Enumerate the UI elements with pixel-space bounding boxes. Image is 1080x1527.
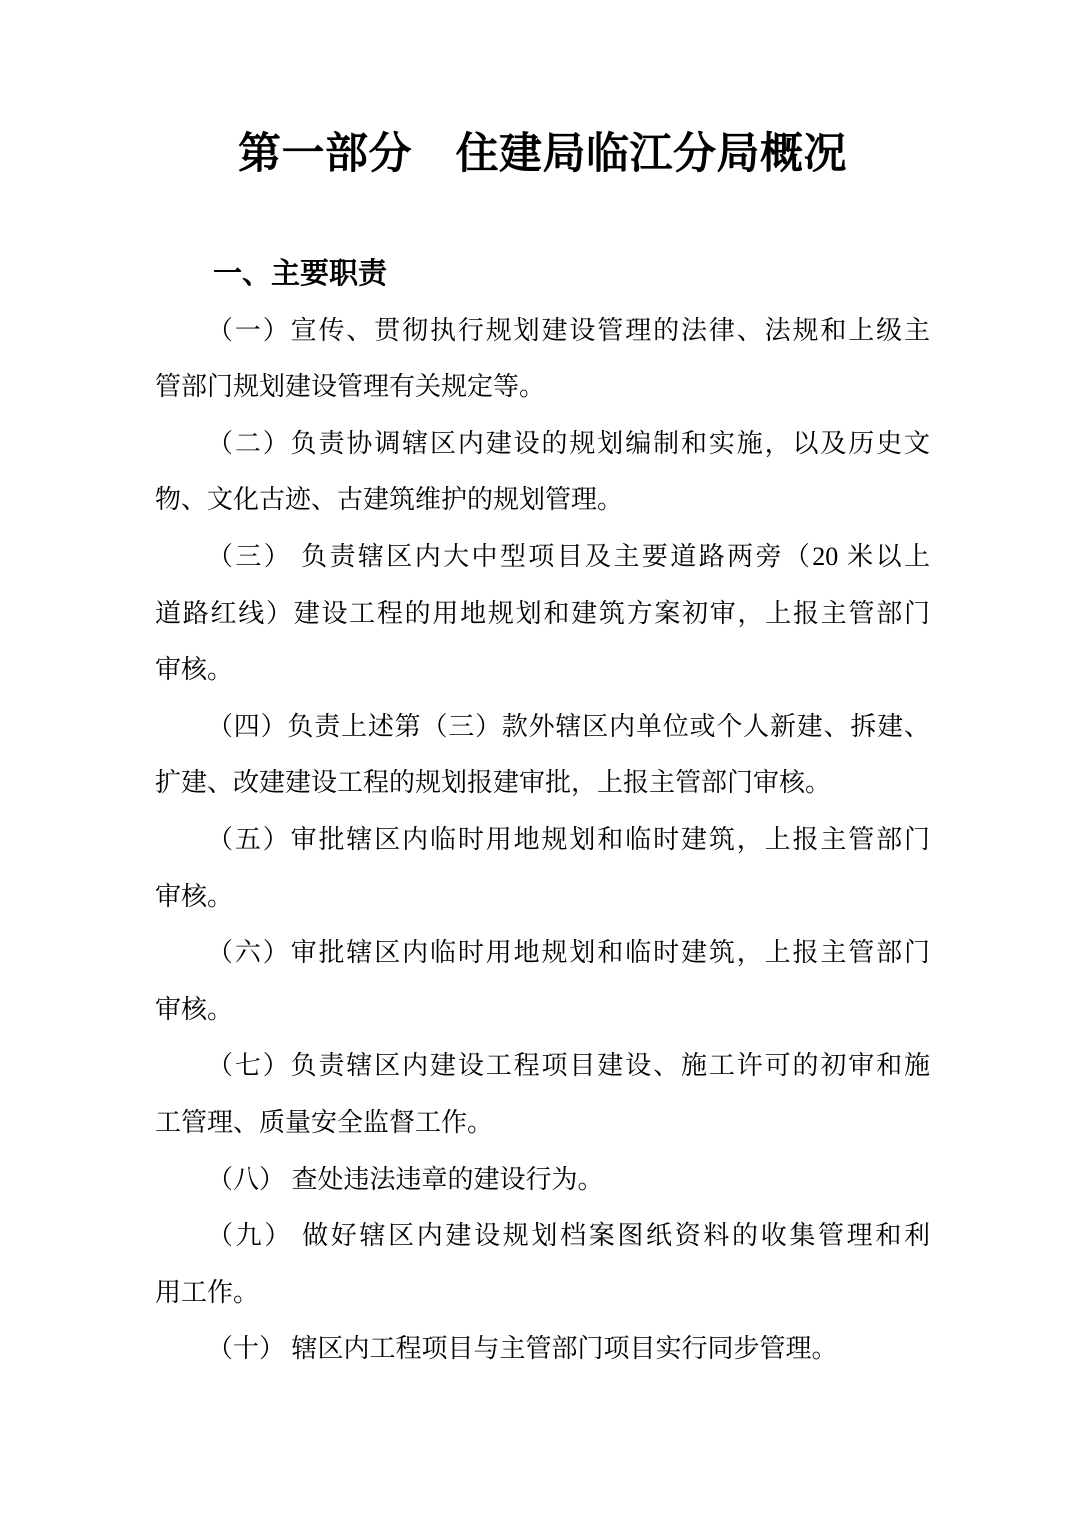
body-line: （二）负责协调辖区内建设的规划编制和实施，以及历史文 (155, 416, 930, 473)
body-line: 用工作。 (155, 1265, 930, 1322)
body-line: 管部门规划建设管理有关规定等。 (155, 359, 930, 416)
body-line: 审核。 (155, 982, 930, 1039)
body-line: 道路红线）建设工程的用地规划和建筑方案初审，上报主管部门 (155, 586, 930, 643)
body-line: （一）宣传、贯彻执行规划建设管理的法律、法规和上级主 (155, 303, 930, 360)
body-line: 物、文化古迹、古建筑维护的规划管理。 (155, 472, 930, 529)
document-content: 第一部分 住建局临江分局概况 一、主要职责 （一）宣传、贯彻执行规划建设管理的法… (155, 0, 930, 1378)
body-line: （三） 负责辖区内大中型项目及主要道路两旁（20 米以上 (155, 529, 930, 586)
document-title: 第一部分 住建局临江分局概况 (155, 128, 930, 180)
body-line: （七）负责辖区内建设工程项目建设、施工许可的初审和施 (155, 1038, 930, 1095)
document-body: （一）宣传、贯彻执行规划建设管理的法律、法规和上级主管部门规划建设管理有关规定等… (155, 303, 930, 1378)
body-line: 审核。 (155, 642, 930, 699)
body-line: （四）负责上述第（三）款外辖区内单位或个人新建、拆建、 (155, 699, 930, 756)
body-line: 扩建、改建建设工程的规划报建审批，上报主管部门审核。 (155, 755, 930, 812)
body-line: （五）审批辖区内临时用地规划和临时建筑，上报主管部门 (155, 812, 930, 869)
body-line: （十） 辖区内工程项目与主管部门项目实行同步管理。 (155, 1321, 930, 1378)
body-line: （九） 做好辖区内建设规划档案图纸资料的收集管理和利 (155, 1208, 930, 1265)
section-heading: 一、主要职责 (155, 246, 930, 303)
body-line: 审核。 (155, 869, 930, 926)
body-line: （六）审批辖区内临时用地规划和临时建筑，上报主管部门 (155, 925, 930, 982)
body-line: 工管理、质量安全监督工作。 (155, 1095, 930, 1152)
body-line: （八） 查处违法违章的建设行为。 (155, 1152, 930, 1209)
document-page: 第一部分 住建局临江分局概况 一、主要职责 （一）宣传、贯彻执行规划建设管理的法… (0, 0, 1080, 1527)
